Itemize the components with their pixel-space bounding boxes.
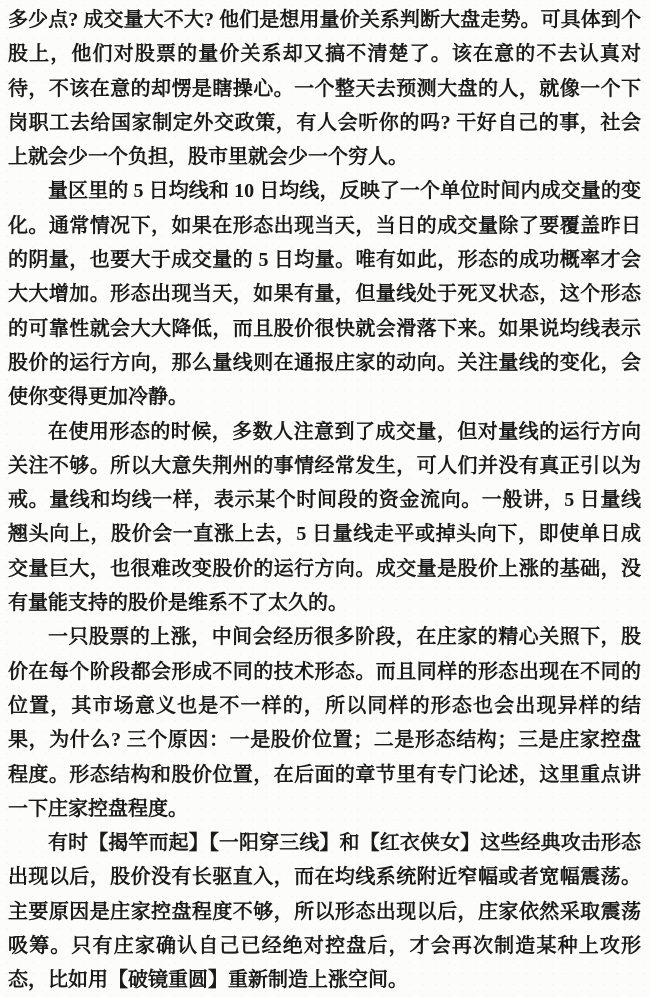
book-page: 多少点? 成交量大不大? 他们是想用量价关系判断大盘走势。可具体到个股上，他们对…: [0, 0, 650, 997]
paragraph-volume-ma-lines: 量区里的 5 日均线和 10 日均线，反映了一个单位时间内成交量的变化。通常情况…: [8, 174, 641, 414]
paragraph-volume-line-direction: 在使用形态的时候，多数人注意到了成交量，但对量线的运行方向关注不够。所以大意失荆…: [8, 415, 641, 621]
paragraph-attack-patterns: 有时【揭竿而起】【一阳穿三线】和【红衣侠女】这些经典攻击形态出现以后，股价没有长…: [8, 826, 641, 997]
paragraph-continuation: 多少点? 成交量大不大? 他们是想用量价关系判断大盘走势。可具体到个股上，他们对…: [8, 3, 641, 174]
paragraph-stock-rise-stages: 一只股票的上涨，中间会经历很多阶段，在庄家的精心关照下，股价在每个阶段都会形成不…: [8, 620, 641, 826]
